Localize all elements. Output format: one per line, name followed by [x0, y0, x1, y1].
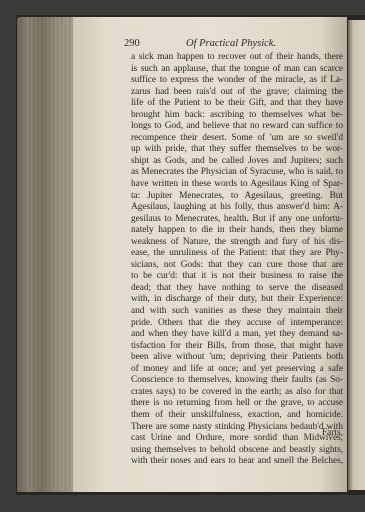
text-line: there is no returning from hell or the g…: [131, 398, 343, 410]
text-line: up with pride, that they suffer themselv…: [131, 144, 343, 156]
page-stack-fore-edge: [17, 17, 73, 492]
text-line: been alive without 'um; depriving their …: [131, 352, 343, 364]
text-line: zarus had been rais'd out of the grave; …: [131, 87, 343, 99]
page-header: 290 Of Practical Physick.: [124, 38, 350, 50]
text-line: with, in discharge of their duty, but th…: [131, 294, 343, 306]
text-line: gesilaus to Menecrates, health. But if a…: [131, 214, 343, 226]
text-line: sicians, not Gods: that they can cure th…: [131, 260, 343, 272]
text-line: recompence their desert. Some of 'um are…: [131, 133, 343, 145]
text-line: and when they have kill'd a man, yet the…: [131, 329, 343, 341]
text-line: crates says) to be covered in the earth;…: [131, 387, 343, 399]
text-line: and with such vanities as these they mai…: [131, 306, 343, 318]
text-line: dead; that they have nothing to serve th…: [131, 283, 343, 295]
text-line: a sick man happen to recover out of thei…: [131, 52, 343, 64]
text-line: have written in these words to Agesilaus…: [131, 179, 343, 191]
catchword: Farts,: [131, 428, 343, 438]
text-line: shipt as Gods, and be called Joves and J…: [131, 156, 343, 168]
text-line: weakness of Nature, the strength and fur…: [131, 237, 343, 249]
text-line: of money and life at once; and yet prese…: [131, 364, 343, 376]
text-line: as Menecrates the Physician of Syracuse,…: [131, 167, 343, 179]
text-line: ta: Jupiter Menecrates, to Agesilaus, gr…: [131, 191, 343, 203]
text-line: with their noses and ears to hear and sm…: [131, 456, 343, 468]
page-edges-texture: [17, 17, 73, 492]
text-line: is such an applause, that the tongue of …: [131, 64, 343, 76]
running-head: Of Practical Physick.: [186, 38, 276, 49]
body-text: a sick man happen to recover out of thei…: [131, 52, 343, 468]
text-line: them of their unskilfulness, exaction, a…: [131, 410, 343, 422]
text-line: pride. Others that die they accuse of in…: [131, 318, 343, 330]
text-line: Agesilaus, laughing at his folly, thus a…: [131, 202, 343, 214]
text-line: brought him back: ascribing to themselve…: [131, 110, 343, 122]
text-line: to be cur'd: that it is not their busine…: [131, 271, 343, 283]
text-line: ease, the unruliness of the Patient: tha…: [131, 248, 343, 260]
text-line: life of the Patient to be their Gift, an…: [131, 98, 343, 110]
text-line: Conscience to themselves, knowing their …: [131, 375, 343, 387]
text-line: tisfaction for their Bills, from those, …: [131, 341, 343, 353]
facing-page-edge: [348, 20, 365, 490]
page-number: 290: [124, 38, 140, 49]
text-line: nately happen to die in their hands, the…: [131, 225, 343, 237]
text-line: longs to God, and believe that no reward…: [131, 121, 343, 133]
text-line: using themselves to behold obscene and b…: [131, 445, 343, 457]
text-line: suffice to express the wonder of the mir…: [131, 75, 343, 87]
